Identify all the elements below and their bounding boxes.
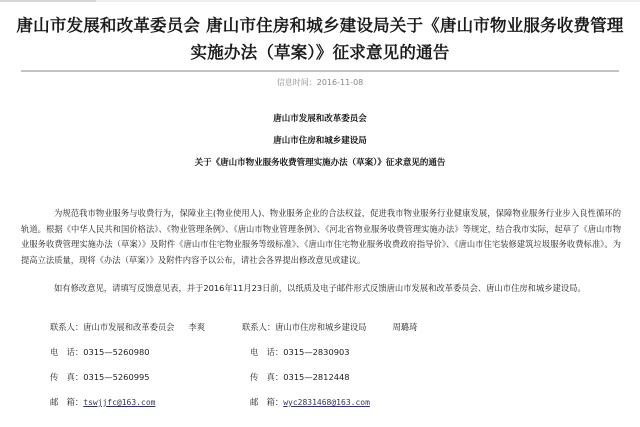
contact-1-email: 邮 箱：tswjjfc@163.com: [50, 396, 155, 408]
email-label: 邮 箱：: [250, 396, 283, 408]
info-time-label: 信息时间：: [277, 78, 317, 87]
email-label: 邮 箱：: [50, 396, 83, 408]
fax-label: 传 真：: [250, 371, 283, 383]
phone-label: 电 话：: [50, 346, 83, 358]
fax-value: 0315—5260995: [83, 372, 149, 382]
contact-2-fax: 传 真：0315—2812448: [250, 371, 350, 383]
notice-subject-heading: 关于《唐山市物业服务收费管理实施办法（草案）》征求意见的通告: [0, 156, 640, 168]
page-load-progress-bar: [0, 0, 640, 2]
issuer-heading-1: 唐山市发展和改革委员会: [0, 112, 640, 124]
contact-1-person: 联系人：唐山市发展和改革委员会李爽: [50, 321, 205, 333]
contact-org: 唐山市发展和改革委员会: [83, 322, 174, 332]
contact-label: 联系人：: [50, 321, 83, 333]
phone-value: 0315—5260980: [83, 347, 149, 357]
fax-value: 0315—2812448: [283, 372, 349, 382]
issuer-heading-2: 唐山市住房和城乡建设局: [0, 134, 640, 146]
progress-fill: [0, 0, 96, 2]
body-paragraph-2: 如有修改意见，请填写反馈意见表，并于2016年11月23日前，以纸质及电子邮件形…: [21, 281, 621, 297]
contact-1-phone: 电 话：0315—5260980: [50, 346, 150, 358]
info-time-value: 2016-11-08: [317, 78, 364, 87]
email-link[interactable]: wyc2831468@163.com: [283, 398, 370, 407]
title-divider: [21, 70, 619, 72]
contact-2-phone: 电 话：0315—2830903: [250, 346, 350, 358]
contact-person: 李爽: [188, 322, 205, 332]
contact-person: 周璐琦: [392, 322, 417, 332]
phone-label: 电 话：: [250, 346, 283, 358]
body-paragraph-1: 为规范我市物业服务与收费行为，保障业主(物业使用人)、物业服务企业的合法权益，促…: [21, 206, 621, 268]
email-link[interactable]: tswjjfc@163.com: [83, 398, 155, 407]
contact-1-fax: 传 真：0315—5260995: [50, 371, 150, 383]
contact-org: 唐山市住房和城乡建设局: [275, 322, 366, 332]
info-time: 信息时间：2016-11-08: [0, 77, 640, 88]
contact-label: 联系人：: [242, 321, 275, 333]
contact-2-person: 联系人：唐山市住房和城乡建设局周璐琦: [242, 321, 417, 333]
page-title: 唐山市发展和改革委员会 唐山市住房和城乡建设局关于《唐山市物业服务收费管理实施办…: [14, 12, 626, 66]
fax-label: 传 真：: [50, 371, 83, 383]
phone-value: 0315—2830903: [283, 347, 349, 357]
contact-2-email: 邮 箱：wyc2831468@163.com: [250, 396, 370, 408]
